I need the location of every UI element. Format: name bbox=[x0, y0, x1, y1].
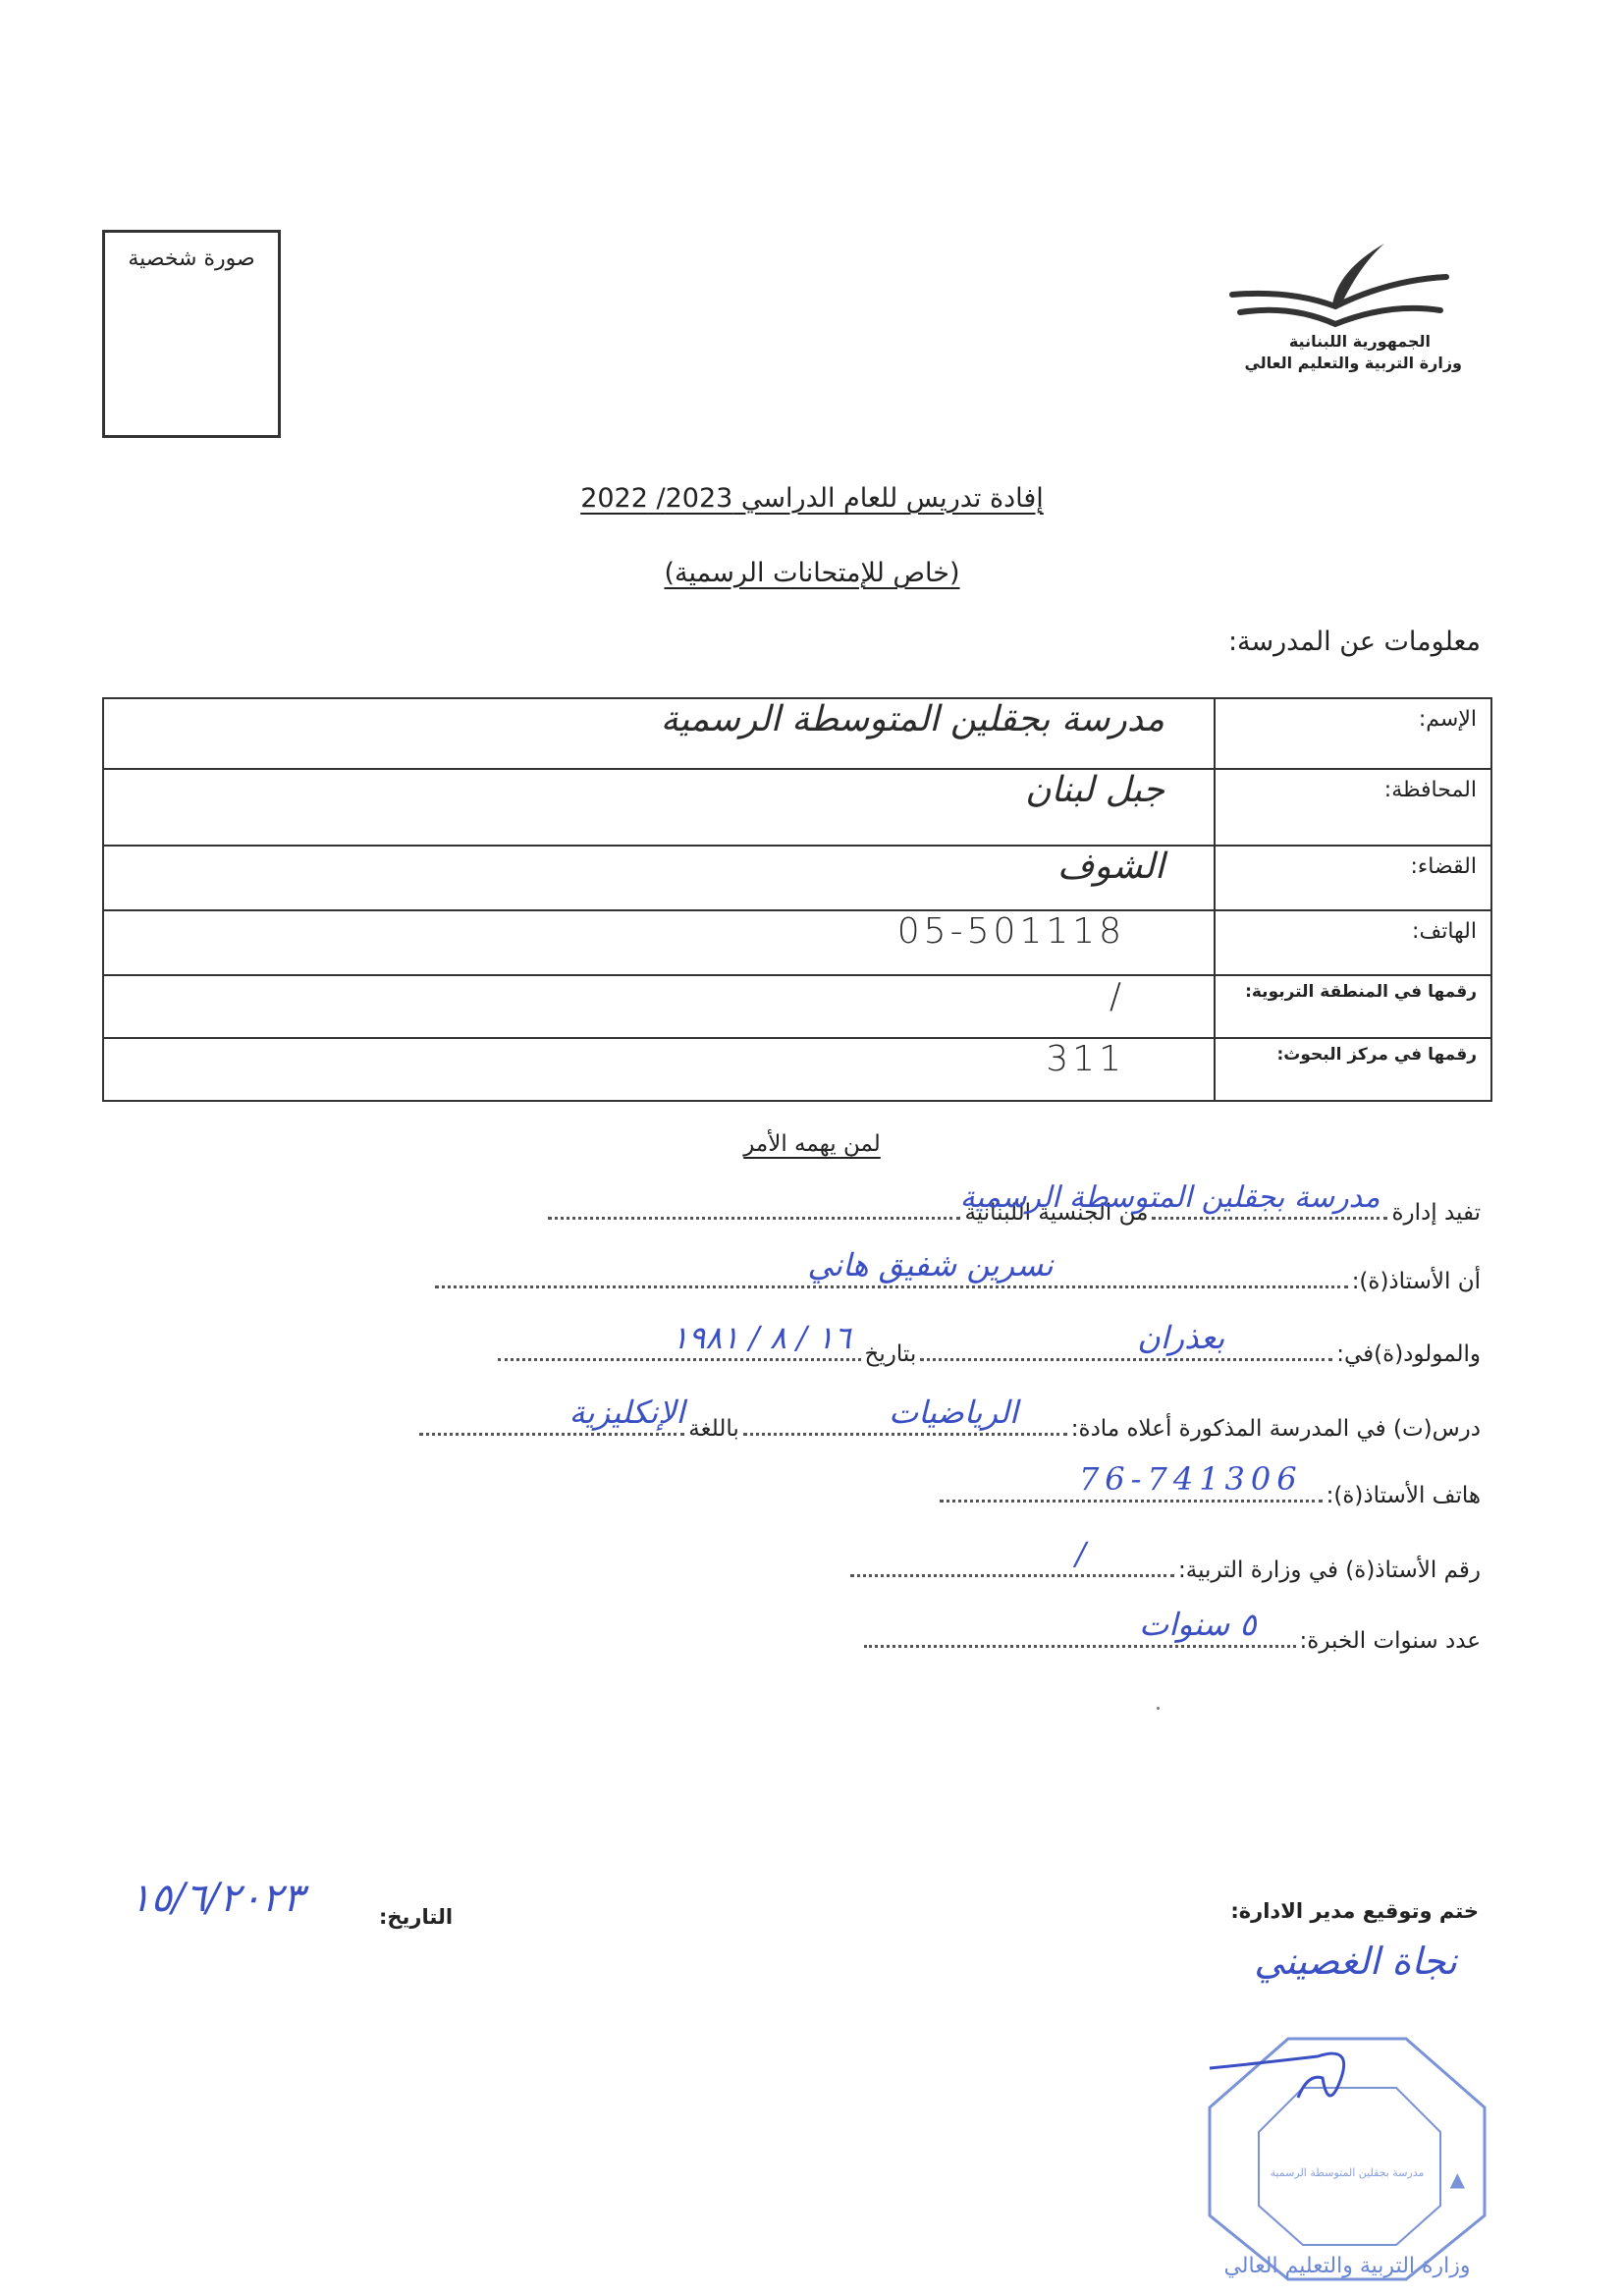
ministry-number-field: / bbox=[850, 1570, 1174, 1577]
signature-label: ختم وتوقيع مدير الادارة: bbox=[1230, 1899, 1479, 1923]
svg-text:مدرسة بجقلين المتوسطة الرسمية: مدرسة بجقلين المتوسطة الرسمية bbox=[1271, 2166, 1425, 2179]
document-subtitle: (خاص للإمتحانات الرسمية) bbox=[0, 558, 1624, 588]
birthdate-field: ١٦ / ٨ / ١٩٨١ bbox=[498, 1354, 861, 1361]
row-label-phone: الهاتف: bbox=[1215, 910, 1491, 975]
table-row: الإسم: مدرسة بجقلين المتوسطة الرسمية bbox=[103, 698, 1491, 769]
birth-line: والمولود(ة)في: بعذران بتاريخ ١٦ / ٨ / ١٩… bbox=[494, 1341, 1481, 1367]
row-label-governorate: المحافظة: bbox=[1215, 769, 1491, 846]
row-label-district: القضاء: bbox=[1215, 846, 1491, 910]
row-label-edu-region-number: رقمها في المنطقة التربوية: bbox=[1215, 975, 1491, 1038]
document-title: إفادة تدريس للعام الدراسي 2023/ 2022 bbox=[0, 483, 1624, 514]
to-whom-heading: لمن يهمه الأمر bbox=[0, 1131, 1624, 1157]
school-name-value: مدرسة بجقلين المتوسطة الرسمية bbox=[103, 698, 1215, 769]
teacher-label: أن الأستاذ(ة): bbox=[1352, 1269, 1481, 1294]
row-label-name: الإسم: bbox=[1215, 698, 1491, 769]
administration-line: تفيد إدارة مدرسة بجقلين المتوسطة الرسمية… bbox=[544, 1200, 1481, 1226]
experience-line: عدد سنوات الخبرة: ٥ سنوات bbox=[860, 1628, 1481, 1654]
governorate-value: جبل لبنان bbox=[103, 769, 1215, 846]
school-phone-value: 05-501118 bbox=[103, 910, 1215, 975]
ministry-number-label: رقم الأستاذ(ة) في وزارة التربية: bbox=[1178, 1558, 1481, 1583]
photo-box-label: صورة شخصية bbox=[105, 246, 278, 271]
logo-republic-text: الجمهورية اللبنانية bbox=[1289, 332, 1431, 351]
open-book-with-quill-icon bbox=[1222, 236, 1468, 329]
teacher-phone-field: 76-741306 bbox=[940, 1496, 1323, 1503]
administration-field: مدرسة بجقلين المتوسطة الرسمية bbox=[1152, 1213, 1387, 1220]
logo-ministry-text: وزارة التربية والتعليم العالي bbox=[1244, 354, 1462, 372]
school-info-heading: معلومات عن المدرسة: bbox=[1228, 627, 1481, 657]
language-field: الإنكليزية bbox=[419, 1429, 684, 1436]
teacher-phone-label: هاتف الأستاذ(ة): bbox=[1326, 1483, 1481, 1508]
principal-signature-name: نجاة الغصيني bbox=[1254, 1940, 1457, 1983]
date-label: التاريخ: bbox=[379, 1905, 453, 1929]
district-value: الشوف bbox=[103, 846, 1215, 910]
language-label: باللغة bbox=[688, 1416, 738, 1442]
date-value: ١٥/٦/٢٠٢٣ bbox=[130, 1876, 303, 1921]
research-center-number-value: 311 bbox=[103, 1038, 1215, 1101]
svg-text:وزارة التربية والتعليم العالي: وزارة التربية والتعليم العالي bbox=[1223, 2254, 1470, 2278]
official-stamp: وزارة التربية والتعليم العالي مدرسة بجقل… bbox=[1200, 2029, 1494, 2284]
school-info-table: الإسم: مدرسة بجقلين المتوسطة الرسمية الم… bbox=[102, 697, 1492, 1102]
birthdate-label: بتاريخ bbox=[865, 1341, 917, 1367]
scan-speck bbox=[1157, 1707, 1160, 1710]
subject-field: الرياضيات bbox=[743, 1429, 1067, 1436]
administration-trailing-dots bbox=[548, 1213, 960, 1220]
table-row: المحافظة: جبل لبنان bbox=[103, 769, 1491, 846]
administration-prefix: تفيد إدارة bbox=[1391, 1200, 1481, 1226]
subject-label: درس(ت) في المدرسة المذكورة أعلاه مادة: bbox=[1071, 1416, 1481, 1442]
birthplace-label: والمولود(ة)في: bbox=[1336, 1341, 1481, 1367]
table-row: رقمها في مركز البحوث: 311 bbox=[103, 1038, 1491, 1101]
experience-field: ٥ سنوات bbox=[864, 1641, 1296, 1648]
ministry-logo: الجمهورية اللبنانية وزارة التربية والتعل… bbox=[1222, 236, 1468, 383]
edu-region-number-value: / bbox=[103, 975, 1215, 1038]
cedar-icon: ▲ bbox=[1450, 2167, 1466, 2191]
birthplace-field: بعذران bbox=[920, 1354, 1332, 1361]
teacher-line: أن الأستاذ(ة): نسرين شفيق هاني bbox=[431, 1269, 1481, 1294]
teacher-name-field: نسرين شفيق هاني bbox=[435, 1282, 1348, 1288]
personal-photo-box: صورة شخصية bbox=[102, 230, 281, 438]
table-row: رقمها في المنطقة التربوية: / bbox=[103, 975, 1491, 1038]
octagon-stamp-icon: وزارة التربية والتعليم العالي مدرسة بجقل… bbox=[1200, 2029, 1494, 2284]
ministry-number-line: رقم الأستاذ(ة) في وزارة التربية: / bbox=[846, 1558, 1481, 1583]
subject-line: درس(ت) في المدرسة المذكورة أعلاه مادة: ا… bbox=[415, 1416, 1481, 1442]
table-row: الهاتف: 05-501118 bbox=[103, 910, 1491, 975]
row-label-research-center-number: رقمها في مركز البحوث: bbox=[1215, 1038, 1491, 1101]
experience-label: عدد سنوات الخبرة: bbox=[1300, 1628, 1481, 1654]
teacher-phone-line: هاتف الأستاذ(ة): 76-741306 bbox=[936, 1483, 1481, 1508]
table-row: القضاء: الشوف bbox=[103, 846, 1491, 910]
